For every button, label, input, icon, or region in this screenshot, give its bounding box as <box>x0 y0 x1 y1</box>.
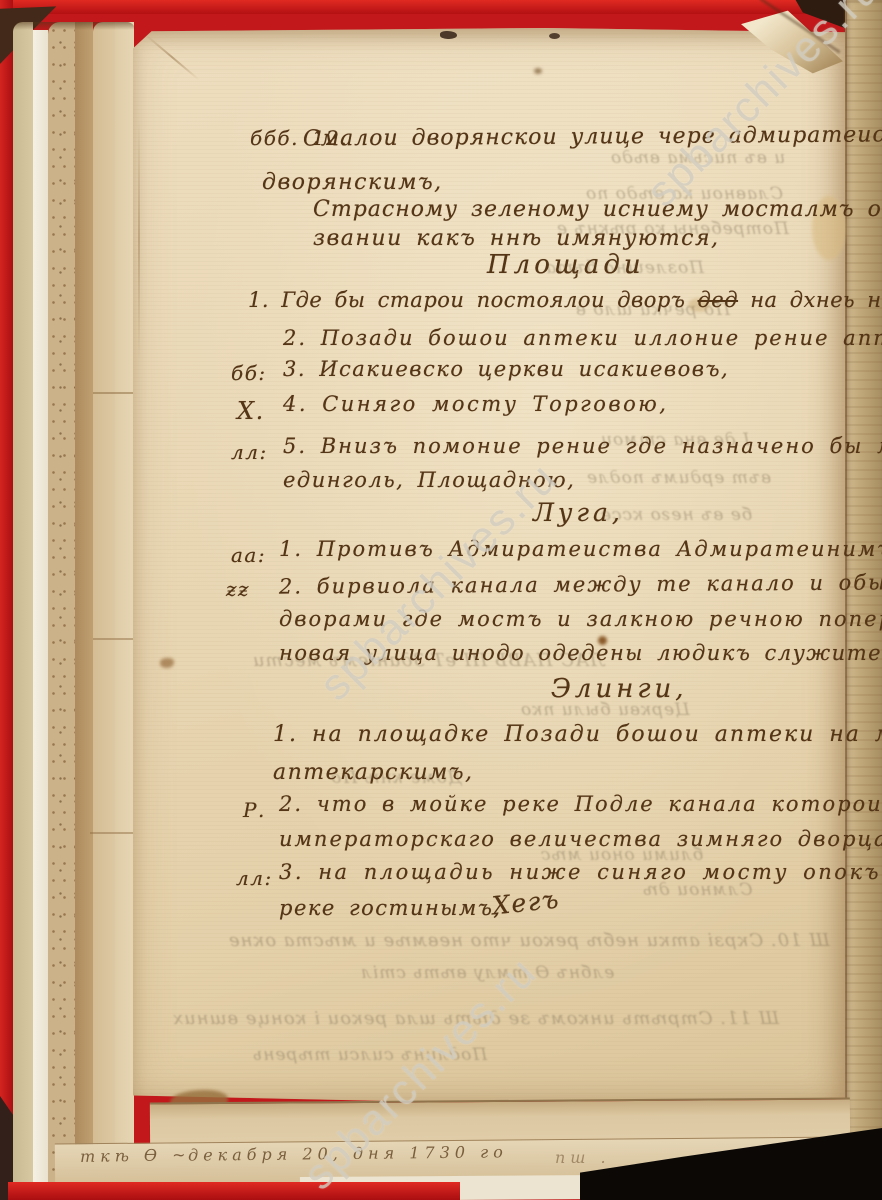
elingi-item-1b: аптекарскимъ, <box>273 760 474 785</box>
edge-note-right: пш . <box>555 1148 611 1167</box>
margin-mark-p: Р. <box>243 798 266 822</box>
ploshchadi-item-1: 1. Где бы старои постоялои дворъ дед на … <box>248 288 882 312</box>
top-edge-chip-1 <box>440 31 457 39</box>
intro-line-2: дворянскимъ, <box>262 170 443 195</box>
item1-struck-word: дед <box>698 288 739 312</box>
margin-mark-aa: аа: <box>231 543 266 567</box>
item1-pre: 1. Где бы старои постоялои дворъ <box>248 288 698 312</box>
intro-line-1: Смалои дворянскои улице чере адмиратеиск… <box>303 122 882 152</box>
luga-item-2a: 2. бирвиола канала между те канало и обы… <box>279 569 882 598</box>
page-edge-strip-mid <box>93 22 115 1200</box>
stack-step-line-3 <box>90 832 135 834</box>
ploshchadi-item-3: 3. Исакиевско церкви исакиевовъ, <box>283 357 729 381</box>
luga-item-1: 1. Противъ Адмиратеиства Адмиратеинимъ, <box>279 537 882 561</box>
heading-ploshchadi: Площади <box>487 250 645 280</box>
item1-post: на дхнеь набереного. <box>738 288 882 312</box>
stack-step-line-2 <box>93 638 135 640</box>
binding-bottom-red <box>8 1182 460 1200</box>
binding-left-red <box>0 0 13 1200</box>
page-crease-left <box>138 120 140 360</box>
margin-mark-zz: ƶƶ <box>226 577 250 601</box>
binding-top-red <box>0 0 882 14</box>
intro-line-4: звании какъ ннѣ имянуются, <box>313 226 720 251</box>
bleedthrough-line: Ш 10. Скрзі атки небѣ рекои что невмѣе и… <box>228 930 830 951</box>
manuscript-photo: и въ письма вѣдо Славнои ко вѣдо по Потр… <box>0 0 882 1200</box>
stack-top-shadow <box>13 22 135 30</box>
page-edge-strip-speckled <box>48 22 75 1200</box>
page-edge-strip-light <box>115 22 134 1200</box>
elingi-item-2a: 2. что в мойке реке Подле канала которои… <box>279 792 882 816</box>
page-edge-strip-white <box>33 30 48 1200</box>
elingi-item-3a: 3. на площадиь ниже синяго мосту опокъ м… <box>279 860 882 884</box>
margin-mark-ll-2: лл: <box>236 866 273 890</box>
stain-speck-top <box>534 68 542 74</box>
elingi-item-3b: реке гостинымъ, <box>279 896 502 920</box>
bleedthrough-line: вът ердимъ подле <box>586 468 771 488</box>
elingi-item-2b: императорскаго величества зимняго дворца… <box>279 827 882 851</box>
page-edge-strip-khaki <box>13 22 33 1200</box>
ploshchadi-item-4: 4. Синяго мосту Торговою, <box>283 392 668 416</box>
top-edge-chip-2 <box>549 33 560 39</box>
margin-mark-x: Х. <box>237 397 265 425</box>
ploshchadi-item-5a: 5. Внизъ помоние рение где назначено бы … <box>283 434 882 458</box>
intro-line-3: Страсному зеленому исниему мосталмъ оста… <box>313 197 882 222</box>
margin-mark-bb: бб: <box>231 361 267 385</box>
margin-mark-ll: лл: <box>231 440 268 464</box>
fore-edge-right <box>845 0 882 1200</box>
ploshchadi-item-2: 2. Позади бошои аптеки иллоние рение апт… <box>283 326 882 350</box>
heading-elingi: Элинги, <box>551 674 687 704</box>
edge-note-left: ткѣ Ѳ ~ <box>80 1145 191 1166</box>
stack-step-line-1 <box>93 392 133 394</box>
page-edge-strip-dark <box>75 22 93 1200</box>
elingi-item-1a: 1. на площадке Позади бошои аптеки на мо… <box>273 722 882 747</box>
